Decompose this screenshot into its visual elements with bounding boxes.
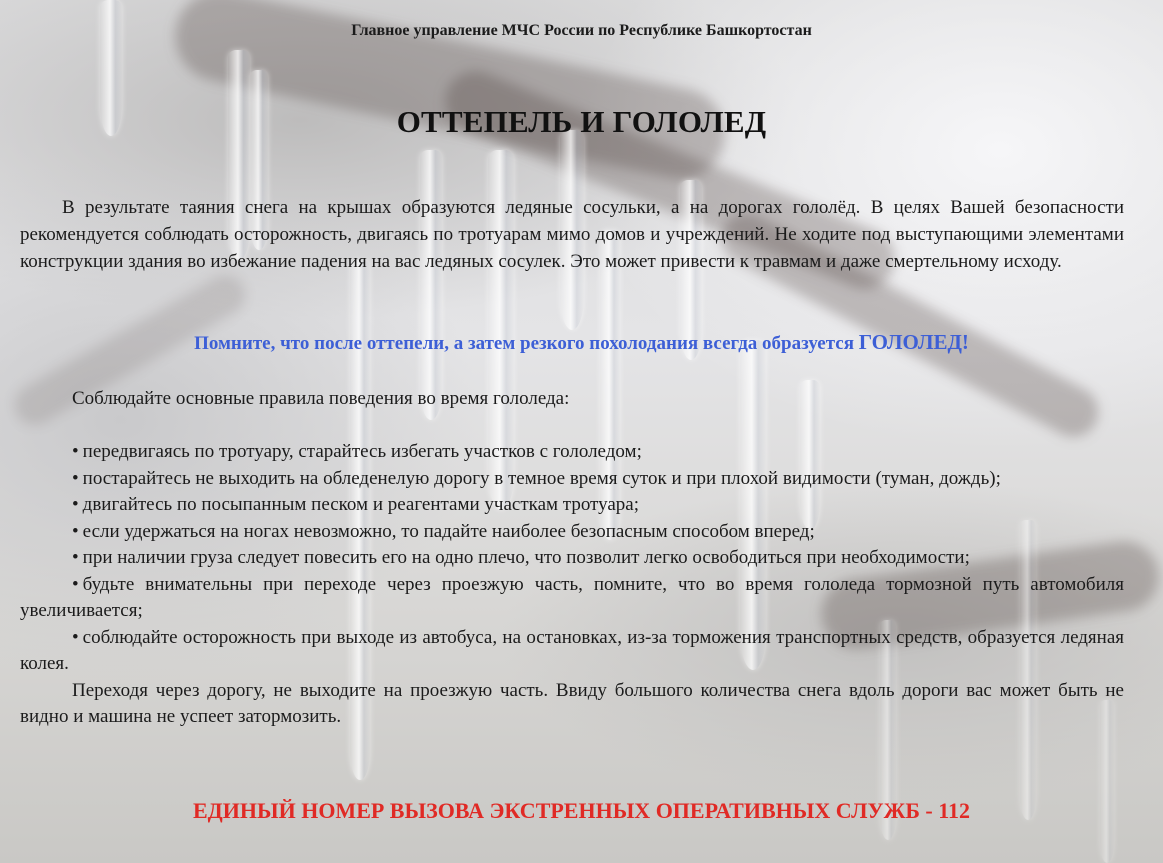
bullet-icon: •	[72, 574, 79, 595]
warning-text: Помните, что после оттепели, а затем рез…	[194, 333, 859, 354]
warning-notice: Помните, что после оттепели, а затем рез…	[0, 330, 1163, 355]
bullet-icon: •	[72, 547, 79, 568]
bullet-icon: •	[72, 494, 79, 515]
rule-item: •постарайтесь не выходить на обледенелую…	[20, 466, 1124, 493]
rule-item: •будьте внимательны при переходе через п…	[20, 572, 1124, 625]
bullet-icon: •	[72, 441, 79, 462]
rules-intro: Соблюдайте основные правила поведения во…	[72, 385, 569, 412]
rules-list: •передвигаясь по тротуару, старайтесь из…	[20, 439, 1124, 731]
rule-item: •передвигаясь по тротуару, старайтесь из…	[20, 439, 1124, 466]
bullet-icon: •	[72, 627, 79, 648]
intro-paragraph: В результате таяния снега на крышах обра…	[20, 194, 1124, 275]
emergency-number-banner: ЕДИНЫЙ НОМЕР ВЫЗОВА ЭКСТРЕННЫХ ОПЕРАТИВН…	[0, 798, 1163, 824]
bullet-icon: •	[72, 521, 79, 542]
crossing-paragraph: Переходя через дорогу, не выходите на пр…	[20, 678, 1124, 731]
warning-emphasis: ГОЛОЛЕД!	[859, 330, 969, 354]
rule-item: •соблюдайте осторожность при выходе из а…	[20, 625, 1124, 678]
rule-item: •при наличии груза следует повесить его …	[20, 545, 1124, 572]
bullet-icon: •	[72, 468, 79, 489]
organization-header: Главное управление МЧС России по Республ…	[0, 22, 1163, 40]
leaflet: Главное управление МЧС России по Республ…	[0, 0, 1163, 863]
page-title: ОТТЕПЕЛЬ И ГОЛОЛЕД	[0, 104, 1163, 140]
rule-item: •если удержаться на ногах невозможно, то…	[20, 519, 1124, 546]
rule-item: •двигайтесь по посыпанным песком и реаге…	[20, 492, 1124, 519]
